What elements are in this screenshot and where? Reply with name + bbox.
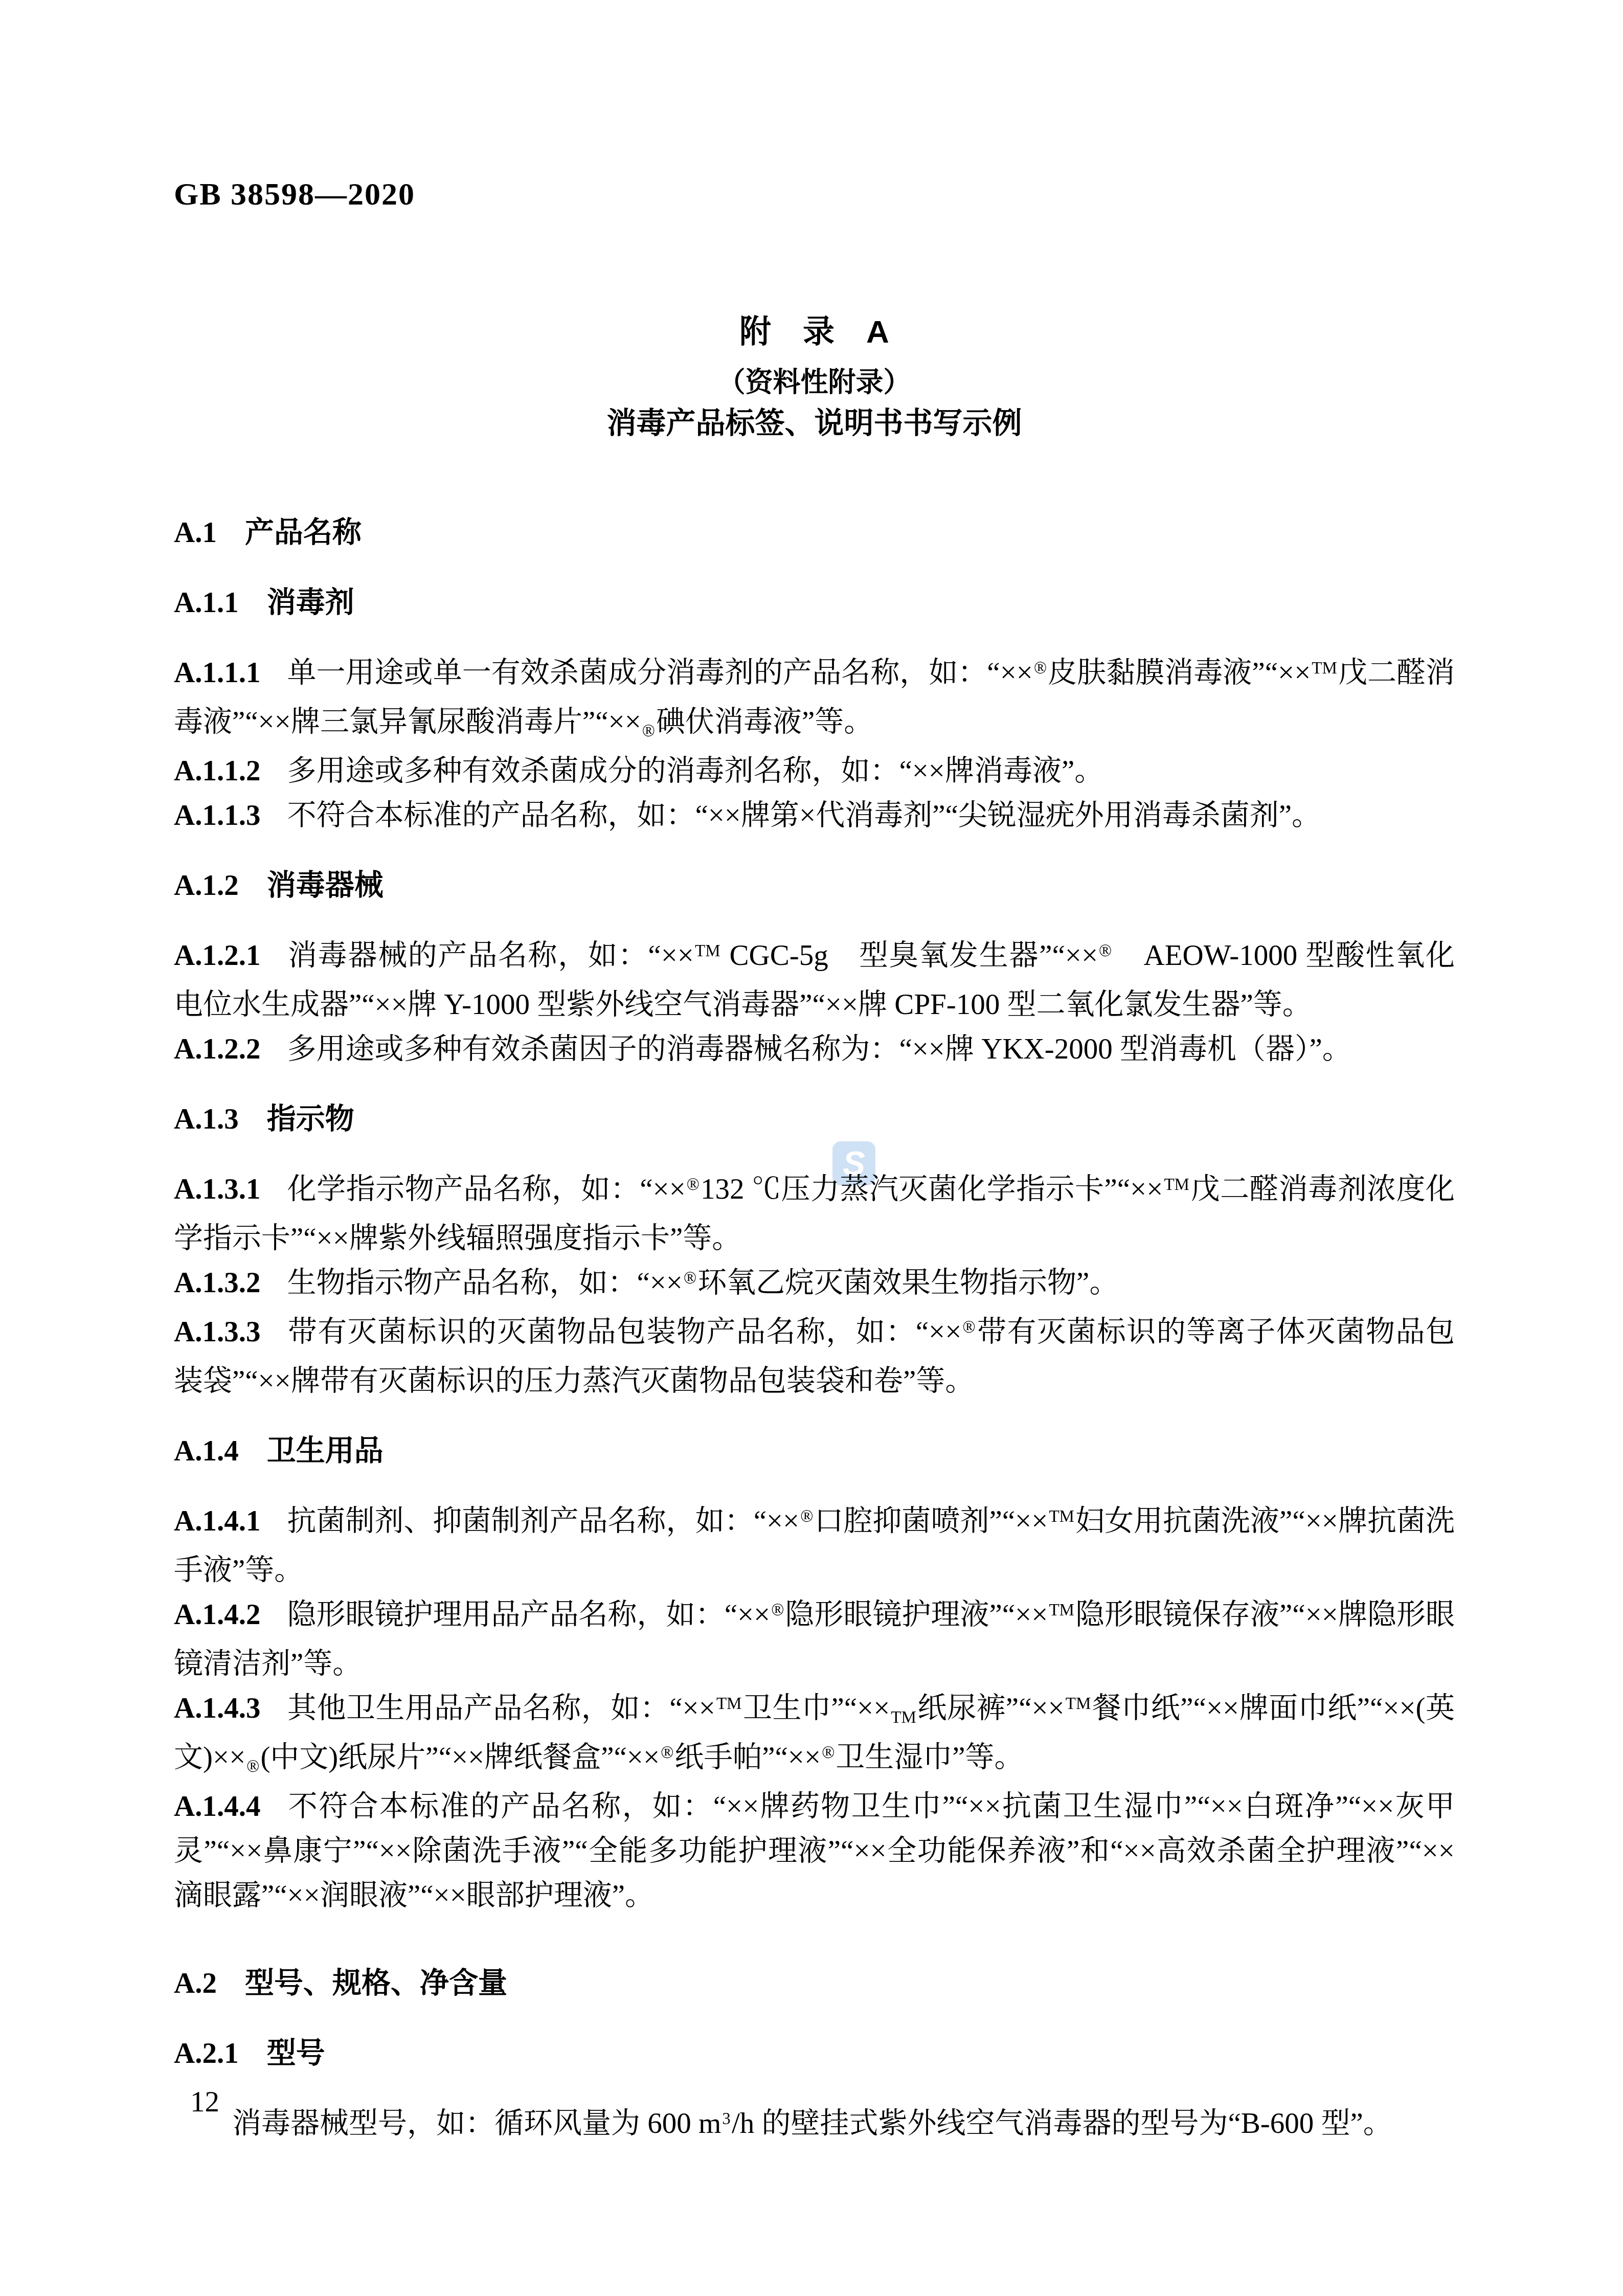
paragraph-A.1.4.1: A.1.4.1抗菌制剂、抑菌制剂产品名称，如：“××®口腔抑菌喷剂”“××TM妇… (174, 1499, 1455, 1592)
trademark-symbol: ® (660, 1744, 674, 1762)
heading-text: 型号 (267, 2037, 325, 2069)
document-page: S GB 38598—2020 附 录 A （资料性附录） 消毒产品标签、说明书… (0, 0, 1623, 2296)
text-run: 纸尿裤”“×× (917, 1692, 1065, 1724)
heading-text: 产品名称 (245, 516, 362, 549)
text-run: 消毒器械型号，如：循环风量为 600 m (232, 2107, 721, 2140)
paragraph-A.1.2.2: A.1.2.2多用途或多种有效杀菌因子的消毒器械名称为：“××牌 YKX-200… (174, 1027, 1455, 1071)
clause-number: A.1.3.1 (174, 1173, 260, 1205)
text-run: 带有灭菌标识的灭菌物品包装物产品名称，如：“×× (287, 1316, 961, 1348)
heading-text: 消毒器械 (267, 869, 384, 902)
clause-number: A.2.1 (174, 2037, 239, 2069)
text-run: 不符合本标准的产品名称，如：“××牌第×代消毒剂”“尖锐湿疣外用消毒杀菌剂”。 (287, 799, 1321, 831)
clause-number: A.1 (174, 516, 217, 549)
trademark-symbol: TM (1311, 659, 1338, 678)
heading-text: 消毒剂 (267, 586, 354, 619)
section-heading-A.1: A.1产品名称 (174, 510, 1455, 555)
trademark-symbol: ® (770, 1601, 785, 1619)
text-run: 单一用途或单一有效杀菌成分消毒剂的产品名称，如：“×× (287, 657, 1033, 689)
text-run: 多用途或多种有效杀菌成分的消毒剂名称，如：“××牌消毒液”。 (287, 755, 1103, 787)
text-run: 隐形眼镜护理液”“×× (785, 1599, 1048, 1631)
trademark-symbol: ® (245, 1758, 260, 1776)
section-heading-A.1.1: A.1.1消毒剂 (174, 580, 1455, 625)
trademark-symbol: ® (641, 722, 656, 740)
trademark-symbol: ® (961, 1318, 976, 1337)
paragraph-A.1.3.3: A.1.3.3带有灭菌标识的灭菌物品包装物产品名称，如：“××®带有灭菌标识的等… (174, 1310, 1455, 1403)
clause-number: A.2 (174, 1967, 217, 1999)
paragraph-A.1.1.3: A.1.1.3不符合本标准的产品名称，如：“××牌第×代消毒剂”“尖锐湿疣外用消… (174, 793, 1455, 838)
clause-number: A.1.4.3 (174, 1692, 260, 1724)
clause-number: A.1.4.4 (174, 1790, 260, 1822)
section-heading-A.2: A.2型号、规格、净含量 (174, 1961, 1455, 2006)
text-run: 化学指示物产品名称，如：“×× (287, 1173, 685, 1205)
heading-text: 型号、规格、净含量 (245, 1967, 507, 1999)
paragraph-19: 消毒器械型号，如：循环风量为 600 m3/h 的壁挂式紫外线空气消毒器的型号为… (174, 2101, 1455, 2150)
text-run: 卫生湿巾”等。 (836, 1741, 1023, 1773)
heading-text: 卫生用品 (267, 1434, 384, 1467)
trademark-symbol: 3 (721, 2110, 732, 2128)
text-run: CGC-5g 型臭氧发生器”“×× (722, 939, 1098, 972)
paragraph-A.1.3.2: A.1.3.2生物指示物产品名称，如：“××®环氧乙烷灭菌效果生物指示物”。 (174, 1260, 1455, 1310)
clause-number: A.1.1.2 (174, 755, 260, 787)
section-heading-A.1.2: A.1.2消毒器械 (174, 863, 1455, 908)
trademark-symbol: TM (1065, 1695, 1092, 1713)
text-run: 多用途或多种有效杀菌因子的消毒器械名称为：“××牌 YKX-2000 型消毒机（… (287, 1033, 1351, 1065)
appendix-type: （资料性附录） (174, 362, 1455, 403)
trademark-symbol: ® (683, 1269, 697, 1288)
trademark-symbol: ® (1033, 659, 1048, 678)
section-heading-A.1.4: A.1.4卫生用品 (174, 1429, 1455, 1473)
trademark-symbol: TM (1048, 1601, 1075, 1619)
paragraph-A.1.1.2: A.1.1.2多用途或多种有效杀菌成分的消毒剂名称，如：“××牌消毒液”。 (174, 749, 1455, 793)
trademark-symbol: TM (715, 1695, 743, 1713)
paragraph-A.1.3.1: A.1.3.1化学指示物产品名称，如：“××®132 ℃压力蒸汽灭菌化学指示卡”… (174, 1167, 1455, 1260)
heading-text: 指示物 (267, 1102, 354, 1135)
paragraph-A.1.4.2: A.1.4.2隐形眼镜护理用品产品名称，如：“××®隐形眼镜护理液”“××TM隐… (174, 1592, 1455, 1686)
page-content: GB 38598—2020 附 录 A （资料性附录） 消毒产品标签、说明书书写… (174, 176, 1455, 2150)
page-number: 12 (190, 2085, 219, 2119)
appendix-title-block: 附 录 A （资料性附录） 消毒产品标签、说明书书写示例 (174, 312, 1455, 444)
text-run: 皮肤黏膜消毒液”“×× (1048, 657, 1311, 689)
trademark-symbol: TM (1048, 1507, 1075, 1526)
clause-number: A.1.1.1 (174, 657, 260, 689)
clause-number: A.1.3 (174, 1103, 239, 1135)
clause-number: A.1.4.2 (174, 1599, 260, 1631)
trademark-symbol: TM (890, 1708, 917, 1727)
trademark-symbol: TM (1163, 1176, 1190, 1194)
text-run: /h 的壁挂式紫外线空气消毒器的型号为“B-600 型”。 (732, 2107, 1392, 2140)
clause-number: A.1.2 (174, 869, 239, 902)
paragraph-A.1.1.1: A.1.1.1单一用途或单一有效杀菌成分消毒剂的产品名称，如：“××®皮肤黏膜消… (174, 650, 1455, 749)
clause-number: A.1.3.3 (174, 1316, 260, 1348)
trademark-symbol: TM (694, 942, 722, 960)
section-heading-A.2.1: A.2.1型号 (174, 2031, 1455, 2076)
document-body: A.1产品名称A.1.1消毒剂A.1.1.1单一用途或单一有效杀菌成分消毒剂的产… (174, 510, 1455, 2150)
paragraph-A.1.2.1: A.1.2.1消毒器械的产品名称，如：“××TM CGC-5g 型臭氧发生器”“… (174, 933, 1455, 1027)
text-run: 132 ℃压力蒸汽灭菌化学指示卡”“×× (701, 1173, 1163, 1205)
clause-number: A.1.4 (174, 1435, 239, 1467)
text-run: (中文)纸尿片”“××牌纸餐盒”“×× (260, 1741, 660, 1773)
appendix-heading: 附 录 A (174, 312, 1455, 353)
trademark-symbol: ® (799, 1507, 814, 1526)
text-run: 生物指示物产品名称，如：“×× (287, 1267, 683, 1299)
text-run: 隐形眼镜护理用品产品名称，如：“×× (287, 1599, 770, 1631)
paragraph-A.1.4.3: A.1.4.3其他卫生用品产品名称，如：“××TM卫生巾”“××TM纸尿裤”“×… (174, 1686, 1455, 1784)
section-heading-A.1.3: A.1.3指示物 (174, 1097, 1455, 1141)
clause-number: A.1.2.1 (174, 939, 260, 972)
clause-number: A.1.2.2 (174, 1033, 260, 1065)
trademark-symbol: ® (821, 1744, 836, 1762)
clause-number: A.1.1.3 (174, 799, 260, 831)
text-run: 口腔抑菌喷剂”“×× (814, 1505, 1048, 1537)
text-run: 环氧乙烷灭菌效果生物指示物”。 (697, 1267, 1118, 1299)
text-run: 不符合本标准的产品名称，如：“××牌药物卫生巾”“××抗菌卫生湿巾”“××白斑净… (174, 1790, 1455, 1911)
clause-number: A.1.3.2 (174, 1267, 260, 1299)
standard-number: GB 38598—2020 (174, 176, 1455, 212)
clause-number: A.1.1 (174, 587, 239, 619)
trademark-symbol: ® (1098, 942, 1113, 960)
text-run: 碘伏消毒液”等。 (656, 706, 873, 738)
text-run: 纸手帕”“×× (674, 1741, 821, 1773)
paragraph-A.1.4.4: A.1.4.4不符合本标准的产品名称，如：“××牌药物卫生巾”“××抗菌卫生湿巾… (174, 1784, 1455, 1918)
clause-number: A.1.4.1 (174, 1505, 260, 1537)
trademark-symbol: ® (686, 1176, 701, 1194)
text-run: 其他卫生用品产品名称，如：“×× (287, 1692, 715, 1724)
appendix-name: 消毒产品标签、说明书书写示例 (174, 403, 1455, 444)
text-run: 卫生巾”“×× (742, 1692, 890, 1724)
text-run: 抗菌制剂、抑菌制剂产品名称，如：“×× (287, 1505, 799, 1537)
text-run: 消毒器械的产品名称，如：“×× (287, 939, 694, 972)
